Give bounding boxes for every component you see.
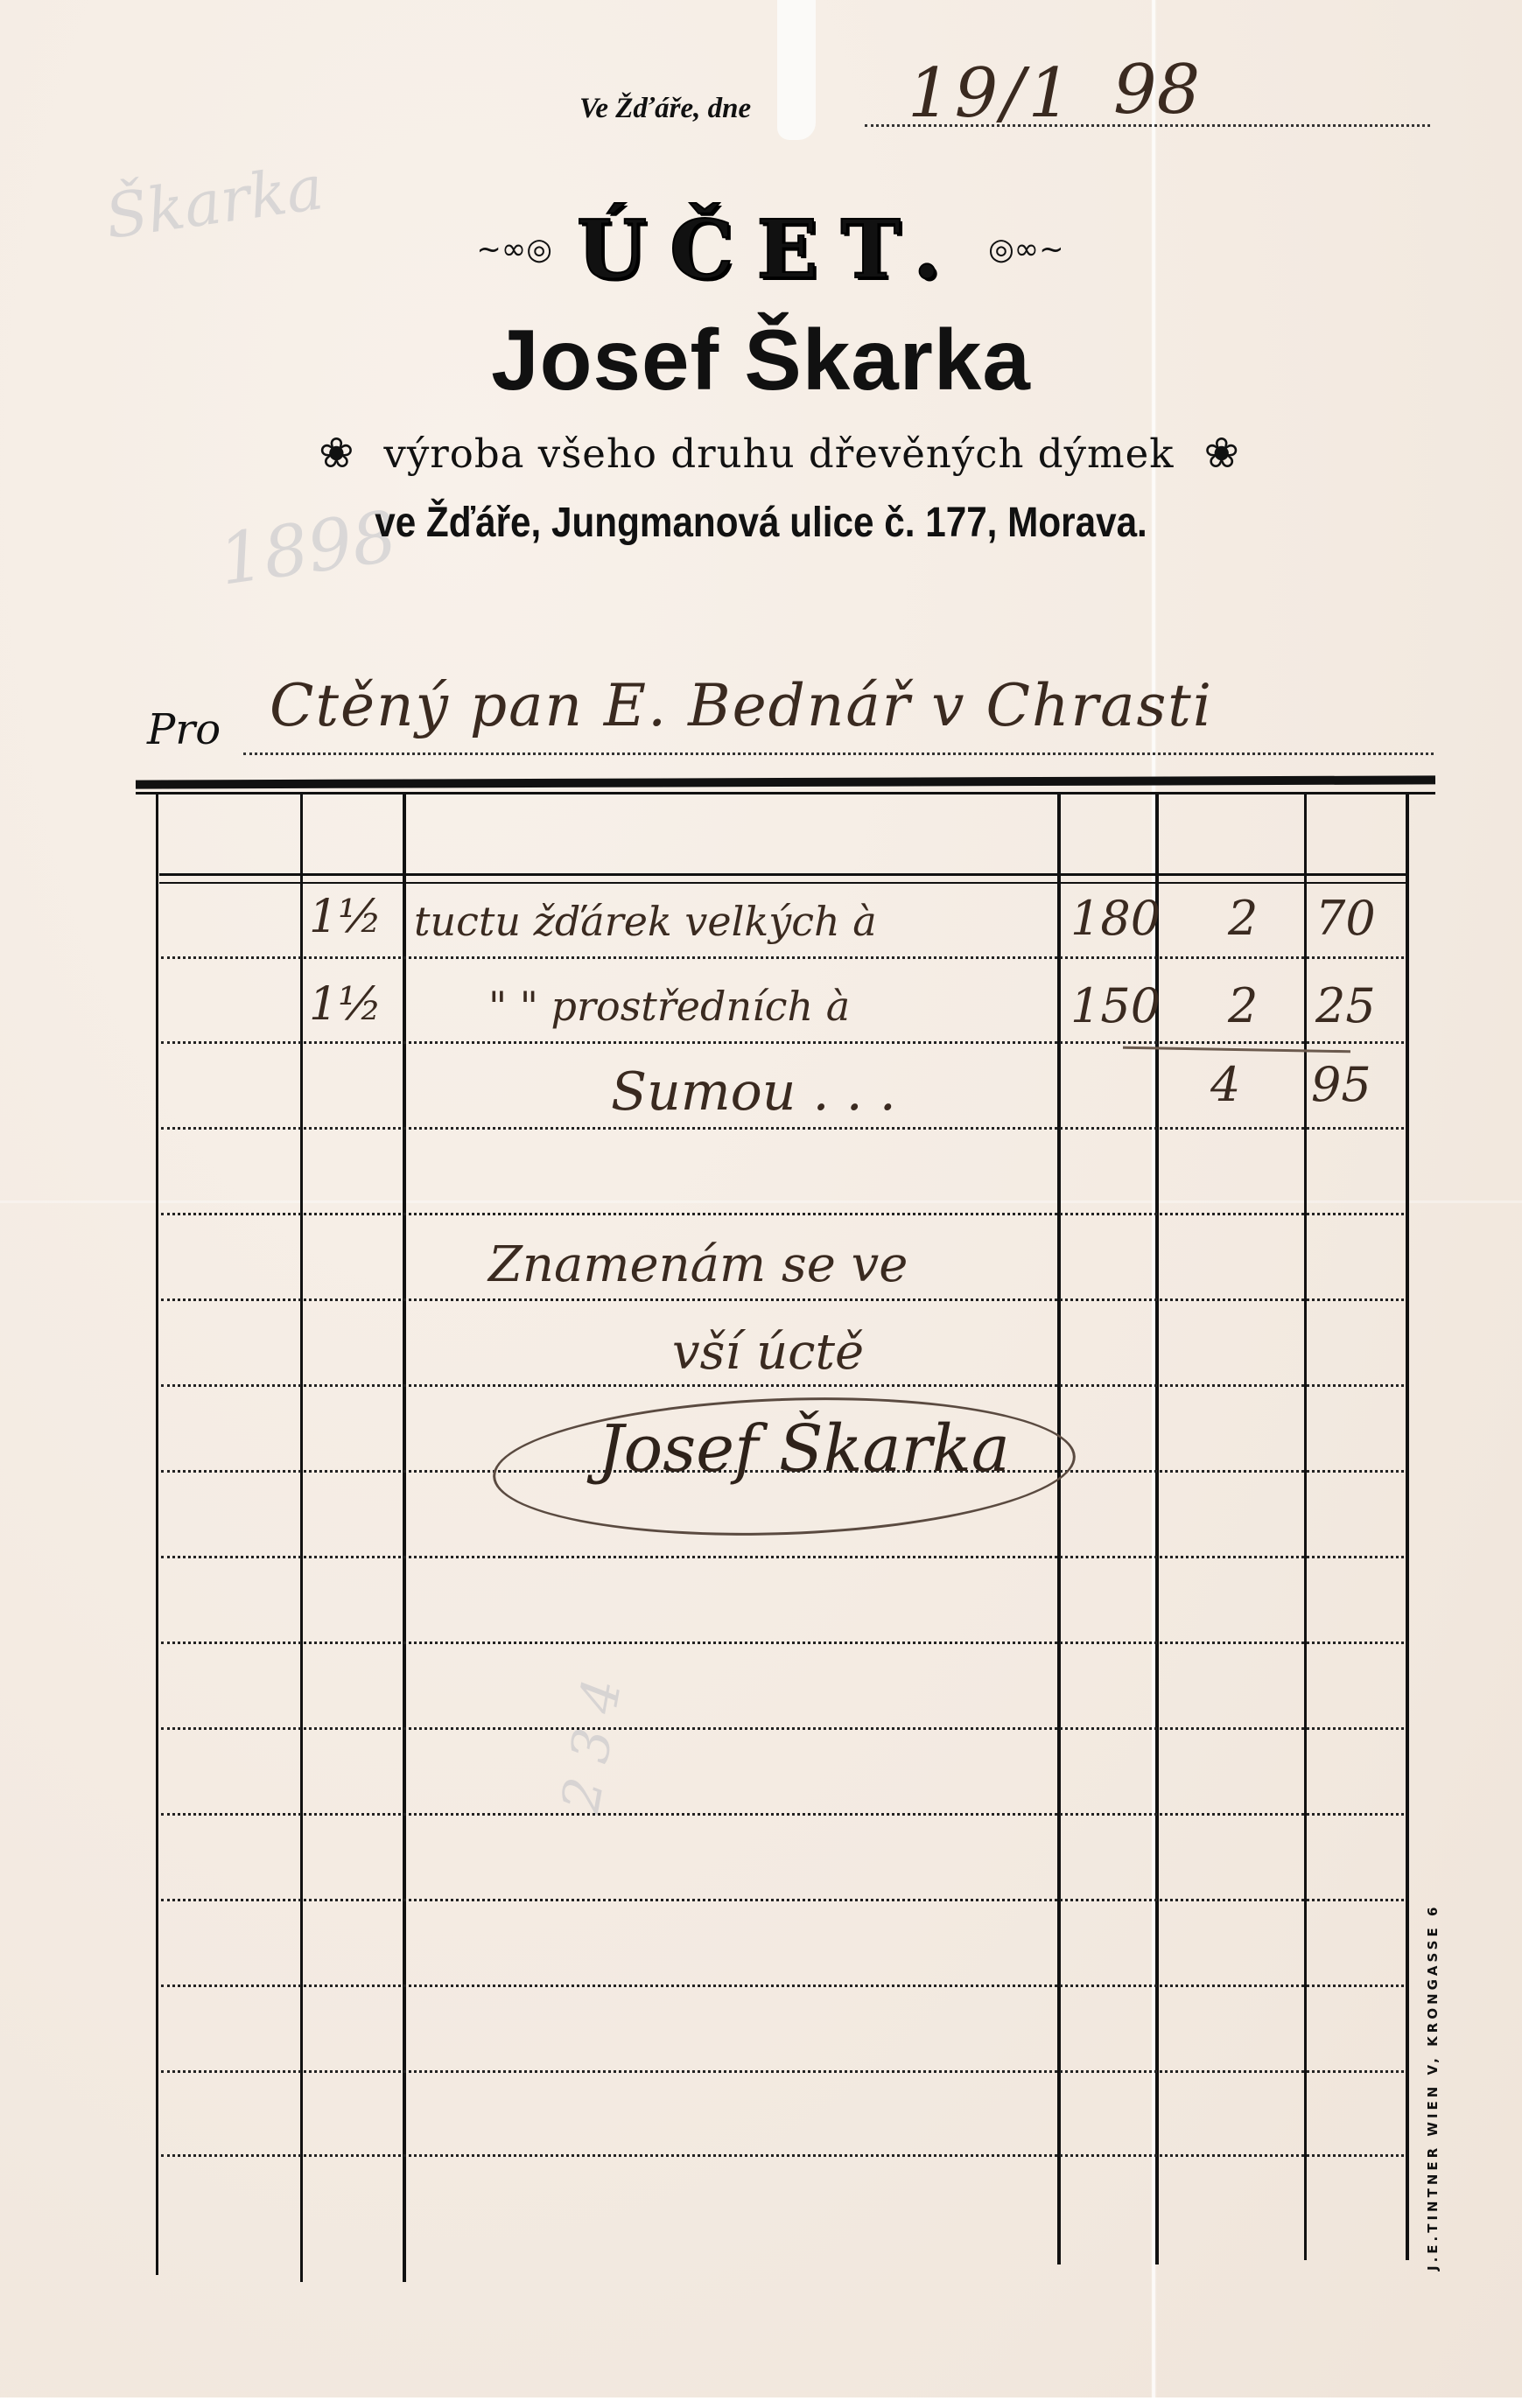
tagline-row: ❀ výroba všeho druhu dřevěných dýmek ❀ <box>166 429 1392 478</box>
column-divider-3 <box>1057 794 1061 2264</box>
row-line <box>161 2154 1404 2157</box>
column-divider-5 <box>1304 794 1307 2260</box>
item-1-description: tuctu žďárek velkých à <box>414 898 877 945</box>
item-2-qty: 1½ <box>309 978 382 1031</box>
item-1-qty: 1½ <box>309 891 382 943</box>
date-label: Ve Žďáře, dne <box>579 93 751 125</box>
row-line <box>161 1041 1404 1044</box>
customer-line: Pro Ctěný pan E. Bednář v Chrasti <box>147 665 1434 752</box>
scroll-ornament-left-icon: ~∞◎ <box>476 232 551 267</box>
company-address: ve Žďáře, Jungmanová ulice č. 177, Morav… <box>91 499 1430 547</box>
total-label: Sumou . . . <box>611 1061 896 1123</box>
company-name: Josef Škarka <box>0 311 1522 409</box>
date-year: 98 <box>1113 51 1200 129</box>
flower-ornament-right-icon: ❀ <box>1204 429 1239 478</box>
header-rule <box>159 873 1406 876</box>
date-day-month: 19/1 <box>908 54 1075 133</box>
row-line <box>161 2070 1404 2073</box>
item-2-description: " " prostředních à <box>488 983 850 1030</box>
invoice-title: ÚČET. <box>577 202 964 297</box>
row-line <box>161 1899 1404 1901</box>
table-border-left <box>156 794 158 2275</box>
closing-line-1: Znamenám se ve <box>488 1236 908 1293</box>
flower-ornament-left-icon: ❀ <box>319 429 354 478</box>
row-line <box>161 1127 1404 1130</box>
header-rule-2 <box>159 882 1406 884</box>
row-line <box>161 1813 1404 1816</box>
table-border-right <box>1406 794 1409 2260</box>
row-line <box>161 1727 1404 1730</box>
scroll-ornament-right-icon: ◎∞~ <box>988 232 1063 267</box>
item-2-unit-price: 150 <box>1070 978 1161 1033</box>
item-2-amount-minor: 25 <box>1315 978 1376 1033</box>
total-amount-major: 4 <box>1210 1057 1240 1112</box>
row-line <box>161 1984 1404 1987</box>
item-2-amount-major: 2 <box>1228 978 1258 1033</box>
column-divider-1 <box>300 794 303 2282</box>
printer-imprint: J.E.TINTNER WIEN V, KRONGASSE 6 <box>1425 1904 1441 2271</box>
company-tagline: výroba všeho druhu dřevěných dýmek <box>383 430 1174 477</box>
item-1-amount-minor: 70 <box>1315 891 1376 946</box>
invoice-table: 1½ tuctu žďárek velkých à 180 2 70 1½ " … <box>156 794 1409 2275</box>
total-amount-minor: 95 <box>1311 1057 1371 1112</box>
row-line <box>161 1384 1404 1387</box>
column-divider-2 <box>403 794 406 2282</box>
item-1-unit-price: 180 <box>1070 891 1161 946</box>
row-line <box>161 1641 1404 1644</box>
customer-dotted-line <box>243 752 1434 755</box>
date-line: Ve Žďáře, dne 19/1 98 <box>579 87 1430 140</box>
row-line <box>161 956 1404 959</box>
row-line <box>161 1298 1404 1301</box>
customer-name: Ctěný pan E. Bednář v Chrasti <box>270 672 1213 739</box>
customer-label: Pro <box>147 705 221 754</box>
title-row: ~∞◎ ÚČET. ◎∞~ <box>429 201 1112 297</box>
row-line <box>161 1213 1404 1215</box>
item-1-amount-major: 2 <box>1228 891 1258 946</box>
signature: Josef Škarka <box>598 1411 1010 1487</box>
scan-margin <box>0 2397 1522 2408</box>
closing-line-2: vší úctě <box>672 1324 864 1381</box>
row-line <box>161 1556 1404 1558</box>
